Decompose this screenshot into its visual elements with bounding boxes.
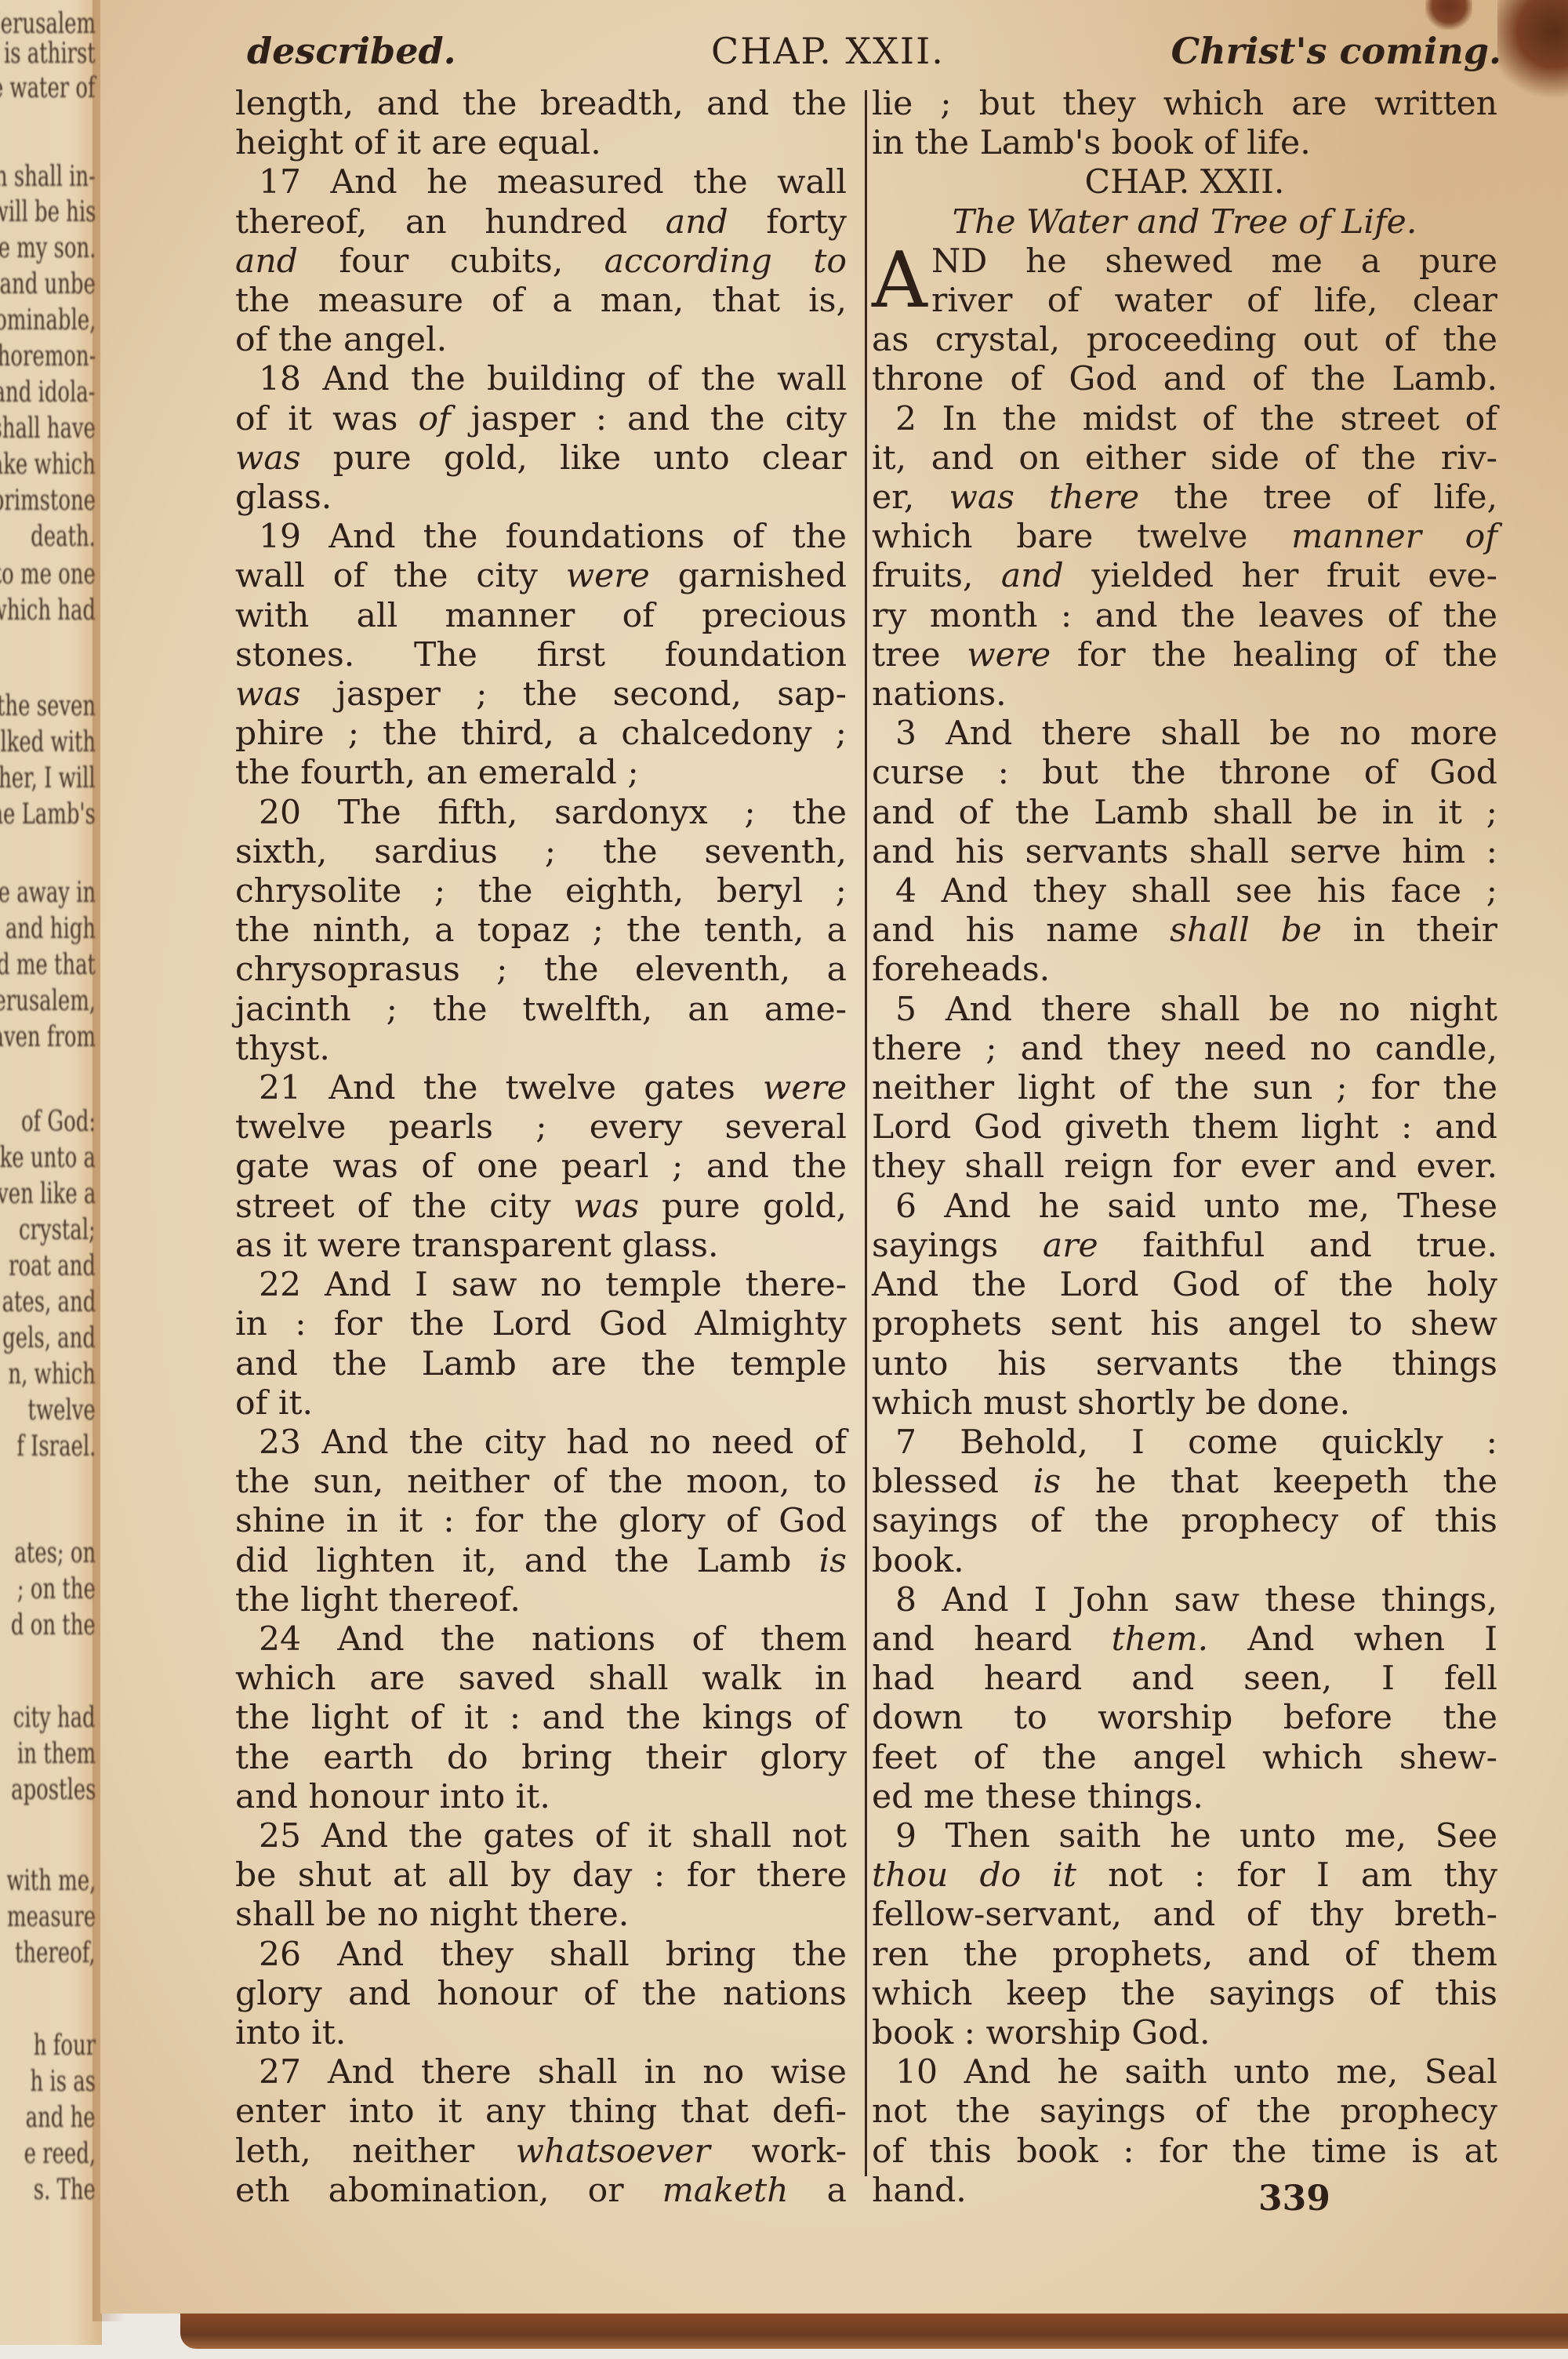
text-segment: 19 And the foundations of the — [259, 518, 847, 556]
text-segment: with all manner of precious — [235, 597, 847, 635]
facing-page-line: lked with — [0, 726, 96, 758]
text-line: as crystal, proceeding out of the — [872, 321, 1497, 360]
facing-page-line: and high — [5, 913, 96, 945]
text-segment: 21 And the twelve gates — [259, 1069, 763, 1107]
text-line: throne of God and of the Lamb. — [872, 360, 1497, 399]
text-segment: Lord God giveth them light : and — [872, 1108, 1497, 1147]
text-segment: nations. — [872, 675, 1007, 714]
italic-text: shall be — [1170, 911, 1322, 950]
text-segment: which bare twelve — [872, 518, 1291, 556]
chapter-xxi-ending: lie ; but they which are writtenin the L… — [872, 85, 1497, 163]
text-segment: sayings of the prophecy of this — [872, 1502, 1497, 1540]
italic-text: is — [819, 1542, 847, 1580]
text-line: which must shortly be done. — [872, 1384, 1497, 1423]
text-segment: not the sayings of the prophecy — [872, 2092, 1497, 2131]
drop-cap: A — [872, 245, 927, 316]
facing-page-line: h is as — [30, 2066, 96, 2098]
text-line: 18 And the building of the wall — [235, 360, 847, 399]
text-line: 25 And the gates of it shall not — [235, 1817, 847, 1856]
text-segment: the tree of life, — [1139, 478, 1497, 517]
text-segment: and honour into it. — [235, 1778, 550, 1816]
text-line: wall of the city were garnished — [235, 557, 847, 596]
facing-page-line: ates, and — [2, 1286, 96, 1318]
text-line: of this book : for the time is at — [872, 2132, 1497, 2172]
text-line: enter into it any thing that defi- — [235, 2092, 847, 2132]
text-line: thyst. — [235, 1030, 847, 1069]
facing-page-line: roat and — [9, 1250, 96, 1282]
text-line: book. — [872, 1542, 1497, 1581]
text-segment: river of water of life, clear — [931, 282, 1497, 320]
text-line: 3 And there shall be no more — [872, 714, 1497, 754]
italic-text: was there — [949, 478, 1139, 517]
text-segment: length, and the breadth, and the — [235, 85, 847, 123]
text-segment: it, and on either side of the riv- — [872, 439, 1497, 478]
text-segment: lie ; but they which are written — [872, 85, 1497, 123]
text-line: thereof, an hundred and forty — [235, 203, 847, 242]
facing-page-line: in them — [17, 1738, 96, 1770]
text-line: in the Lamb's book of life. — [872, 124, 1497, 163]
right-text-column: lie ; but they which are writtenin the L… — [872, 85, 1497, 2211]
text-line: 21 And the twelve gates were — [235, 1069, 847, 1108]
text-segment: ND he shewed me a pure — [931, 242, 1497, 281]
text-segment: the fourth, an emerald ; — [235, 754, 639, 792]
text-line: stones. The first foundation — [235, 636, 847, 675]
text-segment: did lighten it, and the Lamb — [235, 1542, 819, 1580]
text-line: jacinth ; the twelfth, an ame- — [235, 990, 847, 1030]
chapter-heading: CHAP. XXII. — [872, 163, 1497, 202]
text-line: 9 Then saith he unto me, See — [872, 1817, 1497, 1856]
text-segment: faithful and true. — [1098, 1227, 1497, 1265]
facing-page-line: twelve — [28, 1394, 96, 1427]
facing-page-line: d me that — [0, 949, 96, 981]
text-line: shall be no night there. — [235, 1896, 847, 1935]
text-line: be shut at all by day : for there — [235, 1856, 847, 1896]
text-segment: they shall reign for ever and ever. — [872, 1147, 1497, 1186]
text-line: leth, neither whatsoever work- — [235, 2132, 847, 2172]
italic-text: according to — [604, 242, 847, 281]
facing-page-line: s. The — [34, 2174, 96, 2206]
text-line: not the sayings of the prophecy — [872, 2092, 1497, 2132]
facing-page-line: gels, and — [2, 1322, 96, 1354]
text-segment: 8 And I John saw these things, — [895, 1581, 1497, 1619]
text-segment: ren the prophets, and of them — [872, 1936, 1497, 1974]
text-segment: er, — [872, 478, 949, 517]
chapter-opening: A ND he shewed me a pureriver of water o… — [872, 242, 1497, 321]
facing-page-line: the seven — [0, 690, 96, 722]
text-line: there ; and they need no candle, — [872, 1030, 1497, 1069]
text-segment: unto his servants the things — [872, 1345, 1497, 1383]
text-segment: of it. — [235, 1384, 313, 1423]
text-line: 5 And there shall be no night — [872, 990, 1497, 1030]
text-line: fruits, and yielded her fruit eve- — [872, 557, 1497, 596]
text-line: glass. — [235, 478, 847, 518]
text-segment: a — [789, 2172, 847, 2210]
facing-page-line: measure — [7, 1901, 96, 1933]
text-segment: he that keepeth the — [1061, 1463, 1497, 1501]
text-segment: curse : but the throne of God — [872, 754, 1497, 792]
text-segment: yielded her fruit eve- — [1064, 557, 1497, 595]
text-segment: four cubits, — [298, 242, 604, 281]
chapter-xxii-verses: as crystal, proceeding out of thethrone … — [872, 321, 1497, 2211]
text-line: street of the city was pure gold, — [235, 1187, 847, 1227]
italic-text: maketh — [662, 2172, 789, 2210]
text-segment: enter into it any thing that defi- — [235, 2092, 847, 2131]
facing-page-line: e my son. — [0, 232, 96, 264]
text-line: fellow-servant, and of thy breth- — [872, 1896, 1497, 1935]
text-segment: and heard — [872, 1620, 1112, 1659]
facing-page-line: ne away in — [0, 877, 96, 909]
running-head-right: Christ's coming. — [1171, 30, 1501, 72]
text-segment: and the Lamb are the temple — [235, 1345, 847, 1383]
text-segment: the measure of a man, that is, — [235, 282, 847, 320]
text-segment: foreheads. — [872, 951, 1050, 989]
italic-text: and — [235, 242, 298, 281]
running-head-left: described. — [247, 30, 456, 72]
text-line: with all manner of precious — [235, 597, 847, 636]
text-segment: chrysoprasus ; the eleventh, a — [235, 951, 847, 989]
text-line: the measure of a man, that is, — [235, 282, 847, 321]
page-stain — [1425, 0, 1472, 30]
facing-page-line: ven like a — [0, 1178, 96, 1210]
text-line: the fourth, an emerald ; — [235, 754, 847, 793]
text-segment: work- — [710, 2132, 847, 2171]
text-line: length, and the breadth, and the — [235, 85, 847, 124]
italic-text: manner of — [1291, 518, 1497, 556]
text-segment: jasper ; the second, sap- — [301, 675, 847, 714]
text-segment: 5 And there shall be no night — [895, 990, 1497, 1029]
text-segment: fellow-servant, and of thy breth- — [872, 1896, 1497, 1934]
text-line: book : worship God. — [872, 2014, 1497, 2053]
text-segment: feet of the angel which shew- — [872, 1739, 1497, 1777]
facing-page-line: apostles — [11, 1774, 96, 1806]
facing-page-line: he Lamb's — [0, 798, 96, 831]
text-line: and his servants shall serve him : — [872, 833, 1497, 872]
text-segment: 10 And he saith unto me, Seal — [895, 2053, 1497, 2092]
text-line: 23 And the city had no need of — [235, 1423, 847, 1463]
text-segment: which are saved shall walk in — [235, 1659, 847, 1698]
text-segment: 17 And he measured the wall — [259, 163, 847, 202]
facing-page-line: death. — [31, 521, 96, 553]
facing-page-line: her, I will — [0, 762, 96, 794]
text-segment: be shut at all by day : for there — [235, 1856, 847, 1895]
text-segment: phire ; the third, a chalcedony ; — [235, 714, 847, 753]
italic-text: was — [235, 439, 301, 478]
facing-page-line: e reed, — [24, 2138, 96, 2170]
text-segment: fruits, — [872, 557, 1001, 595]
text-segment: tree — [872, 636, 967, 674]
text-segment: 2 In the midst of the street of — [895, 400, 1497, 438]
italic-text: whatsoever — [516, 2132, 710, 2171]
running-head-chapter: CHAP. XXII. — [711, 30, 945, 72]
text-line: 22 And I saw no temple there- — [235, 1266, 847, 1305]
facing-page-line: and idola- — [0, 376, 96, 409]
text-line: they shall reign for ever and ever. — [872, 1147, 1497, 1187]
text-line: and four cubits, according to — [235, 242, 847, 282]
text-line: height of it are equal. — [235, 124, 847, 163]
text-line: and honour into it. — [235, 1778, 847, 1817]
text-line: 20 The fifth, sardonyx ; the — [235, 794, 847, 833]
text-segment: gate was of one pearl ; and the — [235, 1147, 847, 1186]
text-segment: book : worship God. — [872, 2014, 1210, 2052]
text-line: er, was there the tree of life, — [872, 478, 1497, 518]
text-line: was jasper ; the second, sap- — [235, 675, 847, 714]
text-line: And the Lord God of the holy — [872, 1266, 1497, 1305]
text-segment: 9 Then saith he unto me, See — [895, 1817, 1497, 1856]
text-line: 19 And the foundations of the — [235, 518, 847, 557]
text-segment: the light of it : and the kings of — [235, 1699, 847, 1737]
text-segment: 4 And they shall see his face ; — [895, 872, 1497, 911]
text-segment: 3 And there shall be no more — [895, 714, 1497, 753]
text-segment: not : for I am thy — [1076, 1856, 1497, 1895]
text-segment: as it were transparent glass. — [235, 1227, 719, 1265]
text-segment: blessed — [872, 1463, 1033, 1501]
text-line: chrysoprasus ; the eleventh, a — [235, 951, 847, 990]
facing-page-line: brimstone — [0, 485, 96, 517]
text-line: did lighten it, and the Lamb is — [235, 1542, 847, 1581]
facing-page-line: city had — [13, 1702, 96, 1734]
italic-text: and — [666, 203, 728, 242]
text-segment: chrysolite ; the eighth, beryl ; — [235, 872, 847, 911]
text-segment: for the healing of the — [1051, 636, 1497, 674]
text-line: as it were transparent glass. — [235, 1227, 847, 1266]
text-line: lie ; but they which are written — [872, 85, 1497, 124]
text-line: which bare twelve manner of — [872, 518, 1497, 557]
text-segment: in the Lamb's book of life. — [872, 124, 1311, 162]
text-segment: down to worship before the — [872, 1699, 1497, 1737]
text-segment: 26 And they shall bring the — [259, 1936, 847, 1974]
facing-page-line: nto me one — [0, 558, 96, 591]
text-segment: and his servants shall serve him : — [872, 833, 1497, 871]
text-line: nations. — [872, 675, 1497, 714]
text-line: it, and on either side of the riv- — [872, 439, 1497, 478]
text-line: curse : but the throne of God — [872, 754, 1497, 793]
text-segment: hand. — [872, 2172, 967, 2210]
dropcap-lines: ND he shewed me a pureriver of water of … — [872, 242, 1497, 321]
text-segment: pure gold, — [639, 1187, 847, 1226]
text-line: foreheads. — [872, 951, 1497, 990]
text-line: unto his servants the things — [872, 1345, 1497, 1384]
text-segment: into it. — [235, 2014, 346, 2052]
italic-text: were — [566, 557, 650, 595]
text-line: 6 And he said unto me, These — [872, 1187, 1497, 1227]
facing-page-line: eth shall in- — [0, 161, 96, 193]
text-segment: forty — [728, 203, 847, 242]
facing-page-line: Jerusalem — [0, 8, 96, 40]
text-segment: ed me these things. — [872, 1778, 1203, 1816]
text-line: hand. — [872, 2172, 1497, 2211]
facing-page-line: n, which — [8, 1358, 96, 1390]
text-segment: and his name — [872, 911, 1170, 950]
text-segment: of this book : for the time is at — [872, 2132, 1497, 2171]
text-line: of it was of jasper : and the city — [235, 400, 847, 439]
text-segment: 25 And the gates of it shall not — [259, 1817, 847, 1856]
text-segment: 7 Behold, I come quickly : — [895, 1423, 1497, 1462]
text-line: ND he shewed me a pure — [931, 242, 1497, 282]
facing-page-line: bominable, — [0, 304, 96, 336]
text-segment: which keep the sayings of this — [872, 1975, 1497, 2013]
text-segment: prophets sent his angel to shew — [872, 1305, 1497, 1343]
text-segment: the earth do bring their glory — [235, 1739, 847, 1777]
text-segment: the sun, neither of the moon, to — [235, 1463, 847, 1501]
text-line: twelve pearls ; every several — [235, 1108, 847, 1147]
text-segment: book. — [872, 1542, 964, 1580]
facing-page-line: ake which — [0, 449, 96, 481]
facing-page-line: ke unto a — [0, 1142, 96, 1174]
facing-page-edge: Jerusalemhat is athirsthe water ofeth sh… — [0, 0, 102, 2345]
text-segment: sixth, sardius ; the seventh, — [235, 833, 847, 871]
text-line: ed me these things. — [872, 1778, 1497, 1817]
text-line: the light of it : and the kings of — [235, 1699, 847, 1738]
text-line: 17 And he measured the wall — [235, 163, 847, 202]
facing-page-line: hat is athirst — [0, 38, 96, 70]
facing-page-line: crystal; — [19, 1214, 96, 1246]
text-line: neither light of the sun ; for the — [872, 1069, 1497, 1108]
text-segment: in : for the Lord God Almighty — [235, 1305, 847, 1343]
text-line: blessed is he that keepeth the — [872, 1463, 1497, 1502]
text-line: thou do it not : for I am thy — [872, 1856, 1497, 1896]
text-segment: 23 And the city had no need of — [259, 1423, 847, 1462]
text-segment: glory and honour of the nations — [235, 1975, 847, 2013]
text-segment: sayings — [872, 1227, 1043, 1265]
text-segment: glass. — [235, 478, 332, 517]
text-segment: height of it are equal. — [235, 124, 601, 162]
text-line: and heard them. And when I — [872, 1620, 1497, 1659]
text-line: the earth do bring their glory — [235, 1739, 847, 1778]
text-segment: shall be no night there. — [235, 1896, 629, 1934]
text-line: down to worship before the — [872, 1699, 1497, 1738]
text-segment: 24 And the nations of them — [259, 1620, 847, 1659]
text-line: which are saved shall walk in — [235, 1659, 847, 1699]
text-segment: throne of God and of the Lamb. — [872, 360, 1497, 398]
left-text-column: length, and the breadth, and theheight o… — [235, 85, 847, 2211]
italic-text: of — [418, 400, 450, 438]
text-segment: of the angel. — [235, 321, 447, 359]
text-segment: thyst. — [235, 1030, 330, 1068]
italic-text: were — [967, 636, 1051, 674]
text-line: river of water of life, clear — [931, 282, 1497, 321]
text-line: the light thereof. — [235, 1581, 847, 1620]
text-segment: thereof, an hundred — [235, 203, 666, 242]
italic-text: is — [1033, 1463, 1061, 1501]
text-segment: neither light of the sun ; for the — [872, 1069, 1497, 1107]
text-segment: had heard and seen, I fell — [872, 1659, 1497, 1698]
facing-page-line: ates; on — [14, 1537, 96, 1569]
text-line: gate was of one pearl ; and the — [235, 1147, 847, 1187]
text-line: in : for the Lord God Almighty — [235, 1305, 847, 1344]
facing-page-line: of God: — [21, 1106, 96, 1138]
text-line: 27 And there shall in no wise — [235, 2053, 847, 2092]
text-line: 7 Behold, I come quickly : — [872, 1423, 1497, 1463]
italic-text: was — [235, 675, 301, 714]
text-segment: jacinth ; the twelfth, an ame- — [235, 990, 847, 1029]
italic-text: are — [1043, 1227, 1098, 1265]
italic-text: thou do it — [872, 1856, 1076, 1895]
text-segment: jasper : and the city — [451, 400, 847, 438]
text-line: sayings are faithful and true. — [872, 1227, 1497, 1266]
text-line: of it. — [235, 1384, 847, 1423]
text-line: shine in it : for the glory of God — [235, 1502, 847, 1541]
text-line: had heard and seen, I fell — [872, 1659, 1497, 1699]
text-line: and his name shall be in their — [872, 911, 1497, 951]
text-segment: 22 And I saw no temple there- — [259, 1266, 847, 1304]
text-line: feet of the angel which shew- — [872, 1739, 1497, 1778]
italic-text: was — [574, 1187, 640, 1226]
text-line: 8 And I John saw these things, — [872, 1581, 1497, 1620]
text-segment: and of the Lamb shall be in it ; — [872, 794, 1497, 832]
text-segment: pure gold, like unto clear — [301, 439, 847, 478]
text-segment: as crystal, proceeding out of the — [872, 321, 1497, 359]
text-line: ren the prophets, and of them — [872, 1936, 1497, 1975]
running-head: described. CHAP. XXII. Christ's coming. — [247, 30, 1501, 77]
column-divider — [865, 90, 867, 2176]
text-segment: 27 And there shall in no wise — [259, 2053, 847, 2092]
text-segment: wall of the city — [235, 557, 566, 595]
text-line: 26 And they shall bring the — [235, 1936, 847, 1975]
facing-page-line: shall have — [0, 413, 96, 445]
facing-page-line: erusalem, — [0, 985, 96, 1017]
text-segment: leth, neither — [235, 2132, 516, 2171]
text-line: Lord God giveth them light : and — [872, 1108, 1497, 1147]
text-segment: garnished — [650, 557, 847, 595]
text-segment: the light thereof. — [235, 1581, 521, 1619]
text-line: the sun, neither of the moon, to — [235, 1463, 847, 1502]
text-segment: And when I — [1208, 1620, 1497, 1659]
facing-page-line: I will be his — [0, 196, 96, 228]
text-segment: the ninth, a topaz ; the tenth, a — [235, 911, 847, 950]
text-segment: 20 The fifth, sardonyx ; the — [259, 794, 847, 832]
text-segment: And the Lord God of the holy — [872, 1266, 1497, 1304]
page-number: 339 — [1258, 2179, 1330, 2219]
text-line: 4 And they shall see his face ; — [872, 872, 1497, 911]
text-line: chrysolite ; the eighth, beryl ; — [235, 872, 847, 911]
book-cover-edge — [180, 2314, 1568, 2349]
text-segment: ry month : and the leaves of the — [872, 597, 1497, 635]
text-line: and the Lamb are the temple — [235, 1345, 847, 1384]
text-segment: street of the city — [235, 1187, 574, 1226]
text-line: of the angel. — [235, 321, 847, 360]
text-line: tree were for the healing of the — [872, 636, 1497, 675]
italic-text: were — [763, 1069, 847, 1107]
facing-page-line: he water of — [0, 72, 96, 104]
text-line: and of the Lamb shall be in it ; — [872, 794, 1497, 833]
text-line: sixth, sardius ; the seventh, — [235, 833, 847, 872]
facing-page-line: d on the — [11, 1609, 96, 1641]
text-line: glory and honour of the nations — [235, 1975, 847, 2014]
facing-page-line: ; on the — [17, 1573, 96, 1605]
text-segment: 18 And the building of the wall — [259, 360, 847, 398]
facing-page-line: f Israel. — [16, 1430, 96, 1463]
facing-page-line: with me, — [6, 1865, 96, 1897]
facing-page-line: aven from — [0, 1021, 96, 1053]
text-line: phire ; the third, a chalcedony ; — [235, 714, 847, 754]
facing-page-line: and unbe — [0, 268, 96, 300]
text-line: sayings of the prophecy of this — [872, 1502, 1497, 1541]
text-segment: twelve pearls ; every several — [235, 1108, 847, 1147]
text-segment: shine in it : for the glory of God — [235, 1502, 847, 1540]
text-segment: which must shortly be done. — [872, 1384, 1350, 1423]
text-line: into it. — [235, 2014, 847, 2053]
text-line: prophets sent his angel to shew — [872, 1305, 1497, 1344]
italic-text: them. — [1112, 1620, 1208, 1659]
text-line: 24 And the nations of them — [235, 1620, 847, 1659]
facing-page-line: thereof, — [15, 1937, 96, 1969]
text-segment: there ; and they need no candle, — [872, 1030, 1497, 1068]
text-segment: of it was — [235, 400, 418, 438]
facing-page-line: and he — [26, 2102, 96, 2134]
italic-text: and — [1001, 557, 1064, 595]
text-segment: in their — [1322, 911, 1497, 950]
text-line: 10 And he saith unto me, Seal — [872, 2053, 1497, 2092]
